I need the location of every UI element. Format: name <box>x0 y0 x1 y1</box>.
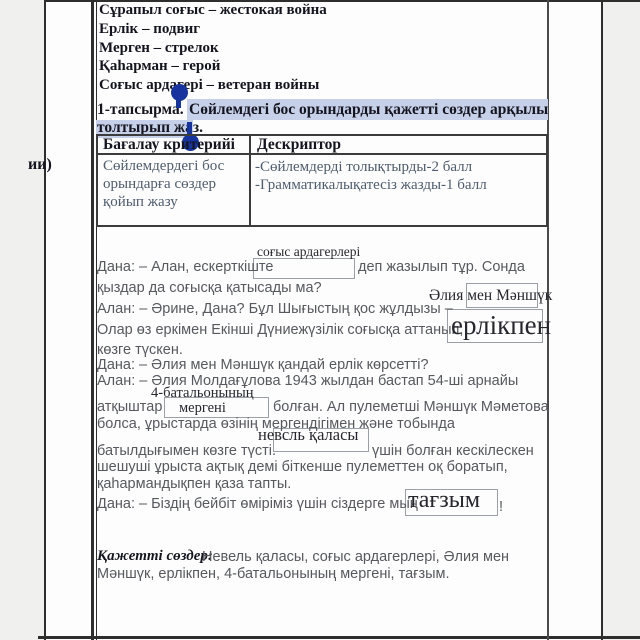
page-rule-inner-left-b <box>96 0 98 640</box>
table-header-descriptor: Дескриптор <box>257 136 341 153</box>
vocab-line-4: Қаһарман – герой <box>99 58 220 75</box>
criteria-table-column-divider <box>249 134 251 227</box>
task-label: 1-тапсырма. <box>97 101 184 118</box>
table-criterion-line-3: қойып жазу <box>103 194 178 211</box>
page-border-bottom <box>38 636 640 639</box>
table-criterion-line-2: орындарға сөздер <box>103 176 216 193</box>
dialogue-line-12: қаһармандықпен қаза тапты. <box>97 476 291 492</box>
dialogue-line-4: Олар өз еркімен Екінші Дүниежүзілік соғы… <box>97 322 463 338</box>
vocab-line-5: Соғыс ардагері – ветеран войны <box>99 77 319 94</box>
filled-answer-5: невсль қаласы <box>258 426 359 444</box>
dialogue-line-8b: болған. Ал пулеметші Мәншүк Мәметова <box>273 399 549 415</box>
word-bank-line-1: Невель қаласы, соғыс ардагерлері, Әлия м… <box>202 549 509 565</box>
worksheet-page: ии) Сұрапыл соғыс – жестокая война Ерлік… <box>0 0 640 640</box>
filled-answer-3: ерлікпен <box>451 310 551 340</box>
word-bank-label: Қажетті сөздер: <box>97 548 213 565</box>
dialogue-line-10b: үшін болған кескілескен <box>372 443 534 459</box>
filled-answer-1: соғыс ардагерлері <box>257 244 360 259</box>
dialogue-line-13a: Дана: – Біздің бейбіт өміріміз үшін сізд… <box>97 496 418 512</box>
table-header-criterion: Бағалау критерийі <box>103 136 235 153</box>
vocab-line-2: Ерлік – подвиг <box>99 21 200 38</box>
word-bank-line-2: Мәншүк, ерлікпен, 4-батальонының мергені… <box>97 566 450 582</box>
dialogue-line-10a: батылдығымен көзге түсті. <box>97 443 276 459</box>
dialogue-line-5: көзге түскен. <box>97 342 183 358</box>
page-rule-right <box>601 0 603 640</box>
page-rule-left <box>44 0 46 640</box>
dialogue-line-8a: атқыштар <box>97 399 162 415</box>
dialogue-line-11: шешуші ұрыста ақтық демі біткенше пулеме… <box>97 459 508 475</box>
task-selected-text-line1: Сөйлемдегі бос орындарды қажетті сөздер … <box>189 101 548 118</box>
table-criterion-line-1: Сөйлемдердегі бос <box>103 158 224 175</box>
vocab-line-1: Сұрапыл соғыс – жестокая война <box>99 2 327 19</box>
filled-answer-4-line2: мергені <box>179 400 226 416</box>
dialogue-line-2: қыздар да соғысқа қатысады ма? <box>97 280 322 296</box>
table-descriptor-line-1: -Сөйлемдерді толықтырды-2 балл <box>255 159 472 176</box>
page-rule-inner-left-a <box>91 0 94 640</box>
table-descriptor-line-2: -Грамматикалықатесіз жазды-1 балл <box>255 177 487 194</box>
dialogue-line-6: Дана: – Әлия мен Мәншүк қандай ерлік көр… <box>97 357 429 373</box>
vocab-line-3: Мерген – стрелок <box>99 40 219 57</box>
dialogue-line-3: Алан: – Әрине, Дана? Бұл Шығыстың қос жұ… <box>97 301 453 317</box>
dialogue-line-1b: деп жазылып тұр. Сонда <box>358 259 525 275</box>
selection-handle-start-grip <box>171 84 188 101</box>
right-margin <box>603 0 640 640</box>
dialogue-line-13b: ! <box>499 499 503 515</box>
filled-answer-6: тағзым <box>408 487 480 514</box>
margin-note: ии) <box>28 156 52 174</box>
filled-answer-4-line1: 4-батальонының <box>151 385 253 401</box>
left-margin <box>0 0 44 640</box>
dialogue-line-1a: Дана: – Алан, ескерткіште <box>97 259 273 275</box>
filled-answer-2: Әлия мен Мәншүк <box>429 287 552 304</box>
